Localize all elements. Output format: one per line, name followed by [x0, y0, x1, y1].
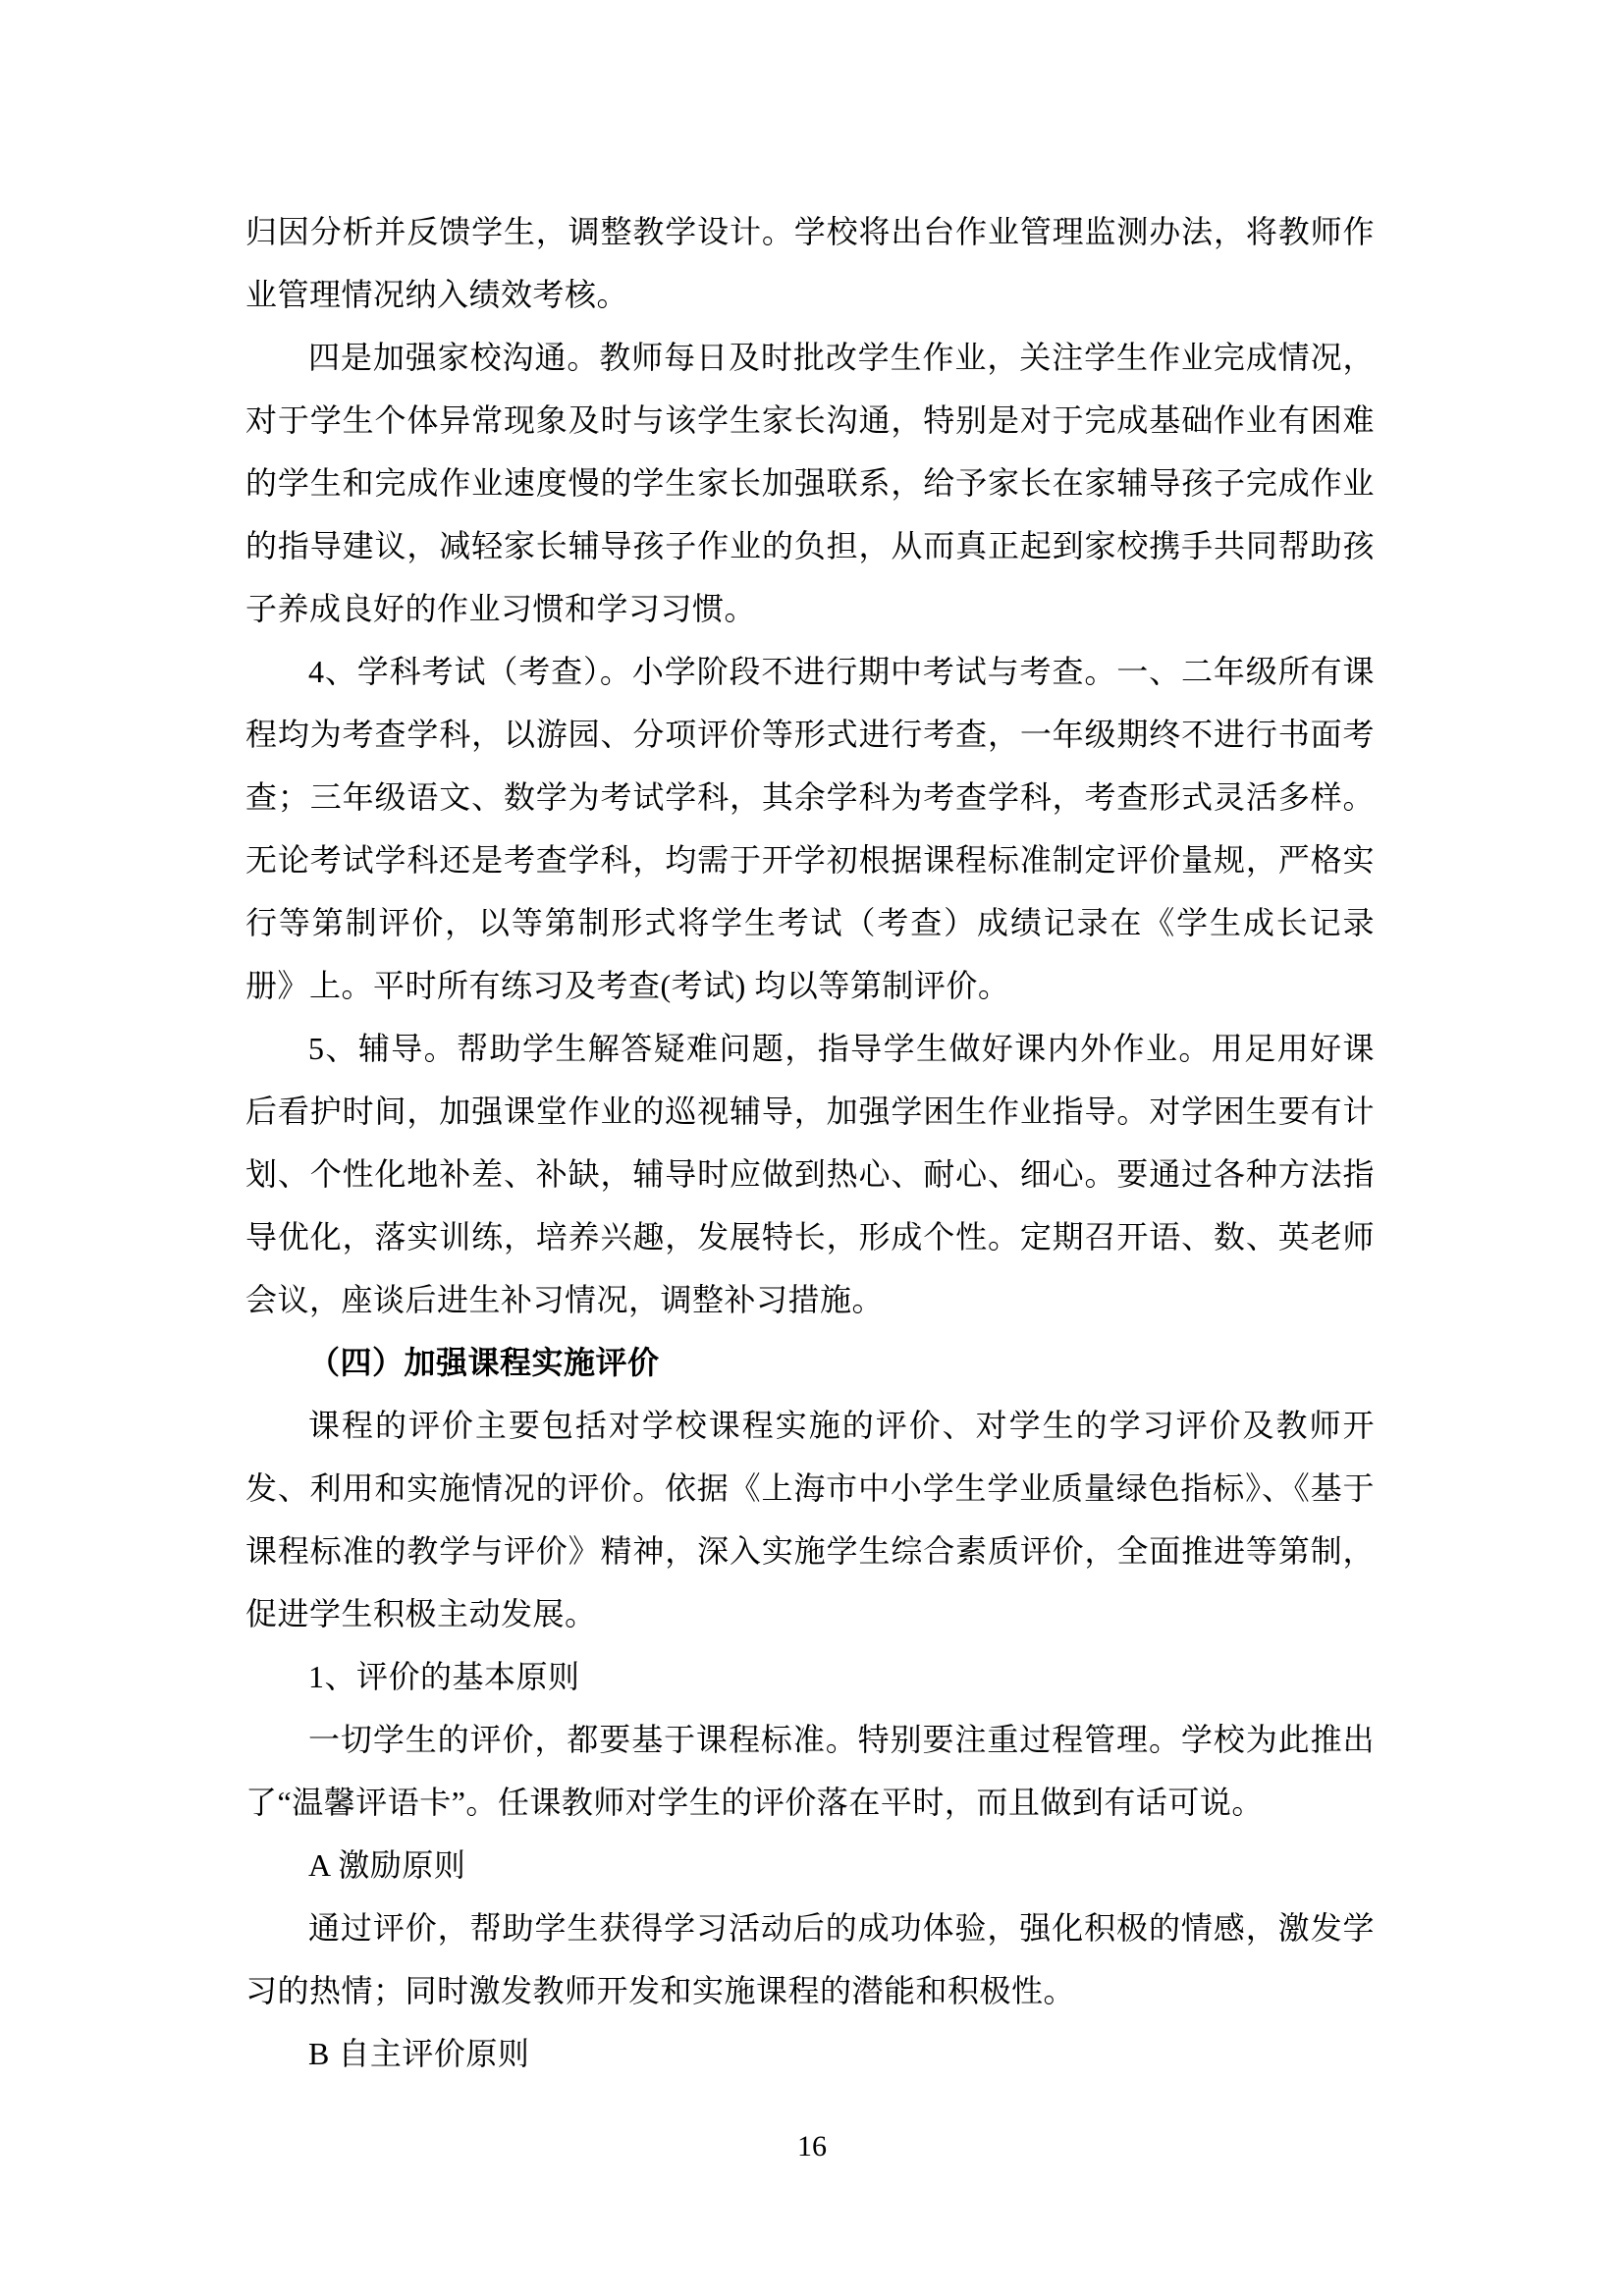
paragraph-evaluation-overview: 课程的评价主要包括对学校课程实施的评价、对学生的学习评价及教师开发、利用和实施情… [245, 1394, 1375, 1645]
section-heading-curriculum-evaluation: （四）加强课程实施评价 [245, 1331, 1375, 1394]
paragraph-tutoring: 5、辅导。帮助学生解答疑难问题，指导学生做好课内外作业。用足用好课后看护时间，加… [245, 1017, 1375, 1331]
page-number: 16 [0, 2130, 1624, 2163]
document-page: 归因分析并反馈学生，调整教学设计。学校将出台作业管理监测办法，将教师作业管理情况… [0, 0, 1624, 2296]
paragraph-continuation: 归因分析并反馈学生，调整教学设计。学校将出台作业管理监测办法，将教师作业管理情况… [245, 200, 1375, 326]
paragraph-evaluation-principles-intro: 一切学生的评价，都要基于课程标准。特别要注重过程管理。学校为此推出了“温馨评语卡… [245, 1708, 1375, 1834]
paragraph-principle-a-title: A 激励原则 [245, 1834, 1375, 1896]
paragraph-home-school-communication: 四是加强家校沟通。教师每日及时批改学生作业，关注学生作业完成情况，对于学生个体异… [245, 326, 1375, 640]
page-body: 归因分析并反馈学生，调整教学设计。学校将出台作业管理监测办法，将教师作业管理情况… [245, 200, 1375, 2085]
paragraph-evaluation-principles-title: 1、评价的基本原则 [245, 1645, 1375, 1708]
paragraph-subject-exams: 4、学科考试（考查）。小学阶段不进行期中考试与考查。一、二年级所有课程均为考查学… [245, 640, 1375, 1017]
paragraph-principle-b-title: B 自主评价原则 [245, 2022, 1375, 2085]
paragraph-principle-a-body: 通过评价，帮助学生获得学习活动后的成功体验，强化积极的情感，激发学习的热情；同时… [245, 1896, 1375, 2022]
